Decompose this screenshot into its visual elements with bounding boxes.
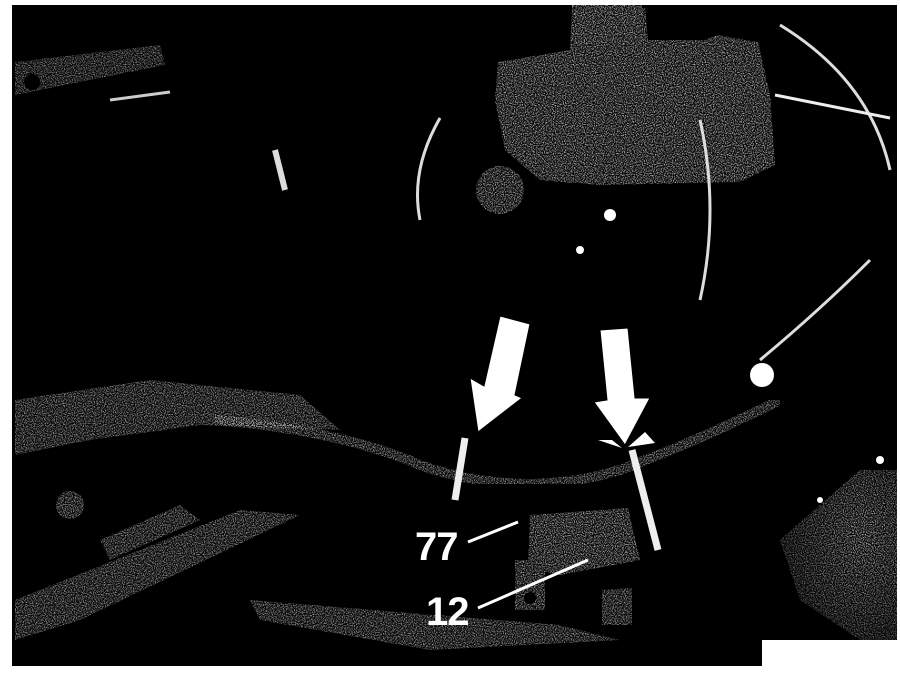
callout-label-12: 12 — [426, 592, 469, 632]
reservoir-cap — [476, 166, 524, 214]
engine-bay-photo — [0, 0, 900, 678]
bracket-bolt — [524, 592, 536, 604]
callout-label-77: 77 — [415, 527, 458, 567]
